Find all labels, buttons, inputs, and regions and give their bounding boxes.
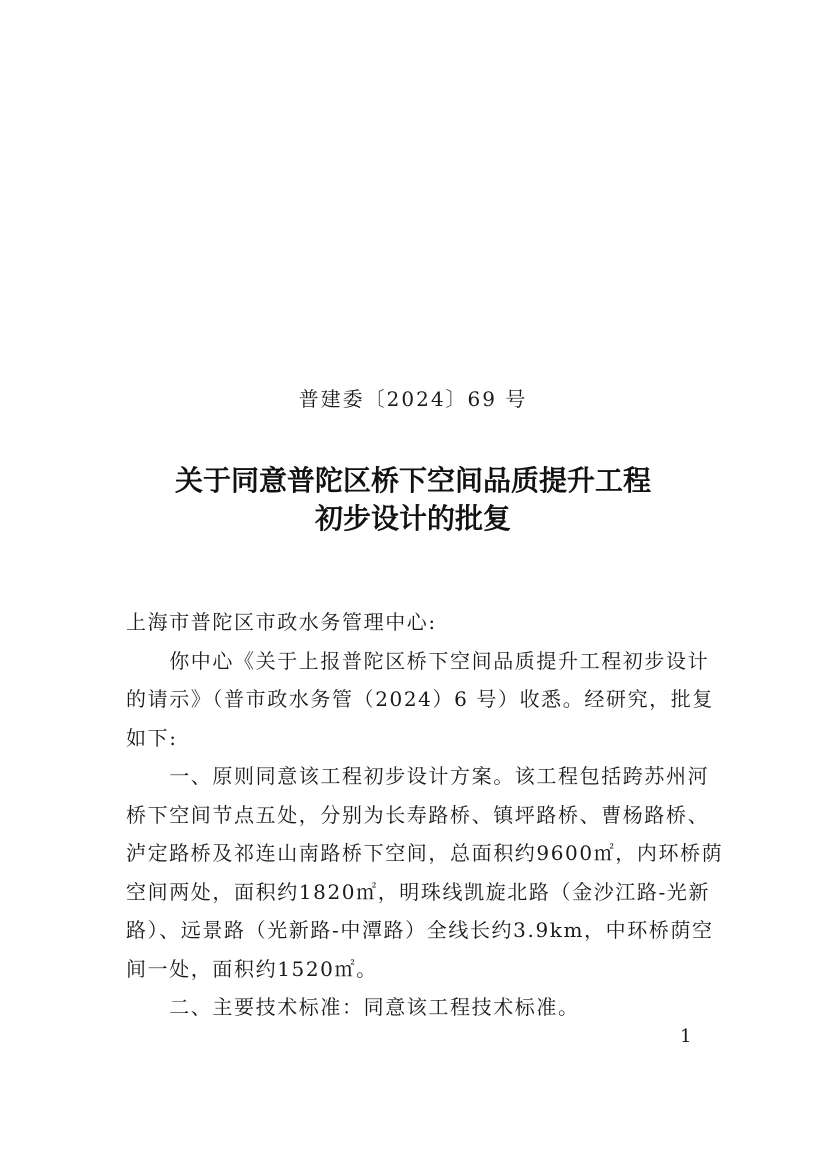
body-line: 一、原则同意该工程初步设计方案。该工程包括跨苏州河 [126, 757, 718, 796]
body-line: 桥下空间节点五处，分别为长寿路桥、镇坪路桥、曹杨路桥、 [126, 796, 718, 835]
title-line-2: 初步设计的批复 [0, 500, 826, 538]
document-number: 普建委〔2024〕69 号 [0, 383, 826, 412]
body-line: 空间两处，面积约1820㎡，明珠线凯旋北路（金沙江路-光新 [126, 873, 718, 912]
body-line: 如下: [126, 719, 718, 758]
body-line: 你中心《关于上报普陀区桥下空间品质提升工程初步设计 [126, 642, 718, 681]
body-line: 泸定路桥及祁连山南路桥下空间，总面积约9600㎡，内环桥荫 [126, 834, 718, 873]
body-line: 二、主要技术标准：同意该工程技术标准。 [126, 988, 718, 1027]
salutation: 上海市普陀区市政水务管理中心: [126, 603, 718, 642]
document-body: 上海市普陀区市政水务管理中心: 你中心《关于上报普陀区桥下空间品质提升工程初步设… [126, 603, 718, 1027]
body-line: 间一处，面积约1520㎡。 [126, 950, 718, 989]
body-line: 的请示》（普市政水务管（2024）6 号）收悉。经研究，批复 [126, 680, 718, 719]
page-number: 1 [680, 1026, 691, 1047]
body-line: 路）、远景路（光新路-中潭路）全线长约3.9km，中环桥荫空 [126, 911, 718, 950]
document-title: 关于同意普陀区桥下空间品质提升工程 初步设计的批复 [0, 462, 826, 538]
title-line-1: 关于同意普陀区桥下空间品质提升工程 [0, 462, 826, 500]
